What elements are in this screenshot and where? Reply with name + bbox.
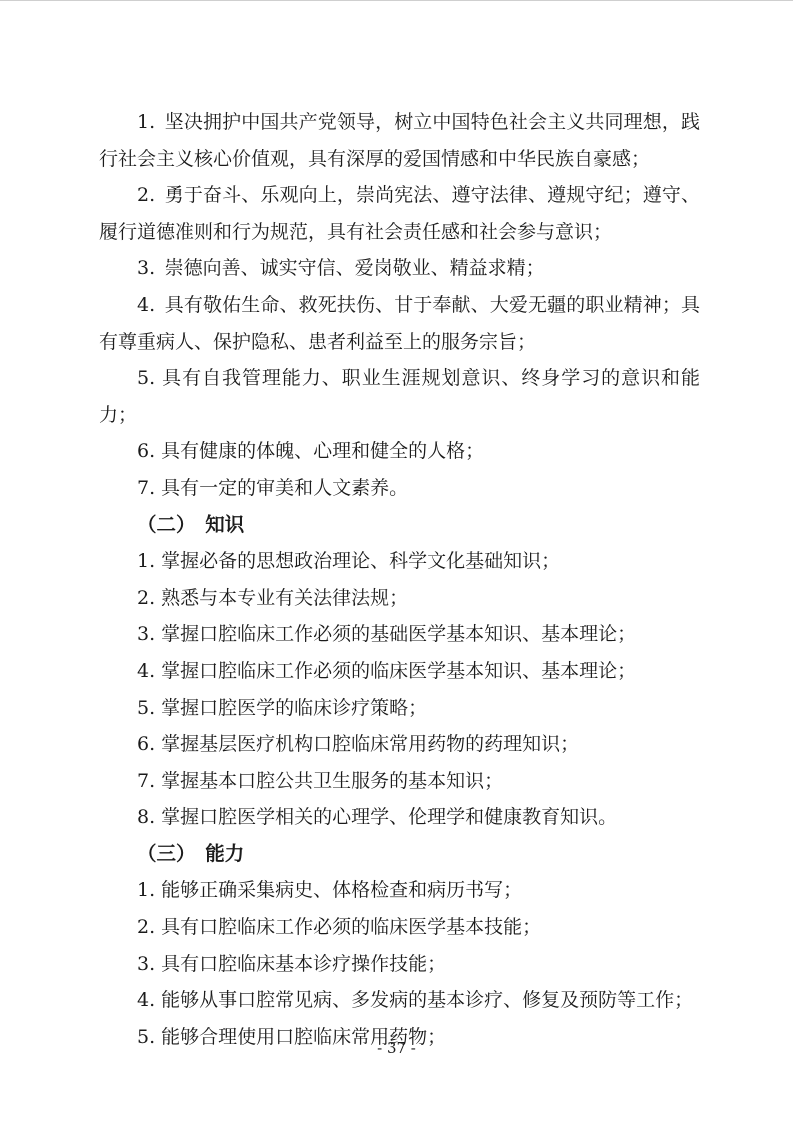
list-item: 3. 掌握口腔临床工作必须的基础医学基本知识、基本理论； [99,616,700,653]
list-item: 1. 掌握必备的思想政治理论、科学文化基础知识； [99,543,700,580]
list-item: 1. 坚决拥护中国共产党领导，树立中国特色社会主义共同理想，践行社会主义核心价值… [99,104,700,177]
list-item: 8. 掌握口腔医学相关的心理学、伦理学和健康教育知识。 [99,799,700,836]
page-top-edge [0,0,793,1]
list-item: 3. 具有口腔临床基本诊疗操作技能； [99,946,700,983]
list-item: 5. 具有自我管理能力、职业生涯规划意识、终身学习的意识和能力； [99,360,700,433]
list-item: 3. 崇德向善、诚实守信、爱岗敬业、精益求精； [99,250,700,287]
list-item: 7. 掌握基本口腔公共卫生服务的基本知识； [99,763,700,800]
section-heading-ability: （三） 能力 [99,836,700,873]
list-item: 2. 具有口腔临床工作必须的临床医学基本技能； [99,909,700,946]
section-heading-knowledge: （二） 知识 [99,507,700,544]
document-body: 1. 坚决拥护中国共产党领导，树立中国特色社会主义共同理想，践行社会主义核心价值… [99,104,700,1055]
page-number: - 37 - [0,1038,793,1058]
list-item: 2. 勇于奋斗、乐观向上，崇尚宪法、遵守法律、遵规守纪；遵守、履行道德准则和行为… [99,177,700,250]
list-item: 2. 熟悉与本专业有关法律法规； [99,580,700,617]
list-item: 5. 掌握口腔医学的临床诊疗策略； [99,690,700,727]
document-page: 1. 坚决拥护中国共产党领导，树立中国特色社会主义共同理想，践行社会主义核心价值… [0,0,793,1122]
list-item: 4. 能够从事口腔常见病、多发病的基本诊疗、修复及预防等工作； [99,982,700,1019]
list-item: 1. 能够正确采集病史、体格检查和病历书写； [99,872,700,909]
list-item: 4. 掌握口腔临床工作必须的临床医学基本知识、基本理论； [99,653,700,690]
list-item: 6. 掌握基层医疗机构口腔临床常用药物的药理知识； [99,726,700,763]
list-item: 7. 具有一定的审美和人文素养。 [99,470,700,507]
list-item: 6. 具有健康的体魄、心理和健全的人格； [99,433,700,470]
list-item: 4. 具有敬佑生命、救死扶伤、甘于奉献、大爱无疆的职业精神；具有尊重病人、保护隐… [99,287,700,360]
